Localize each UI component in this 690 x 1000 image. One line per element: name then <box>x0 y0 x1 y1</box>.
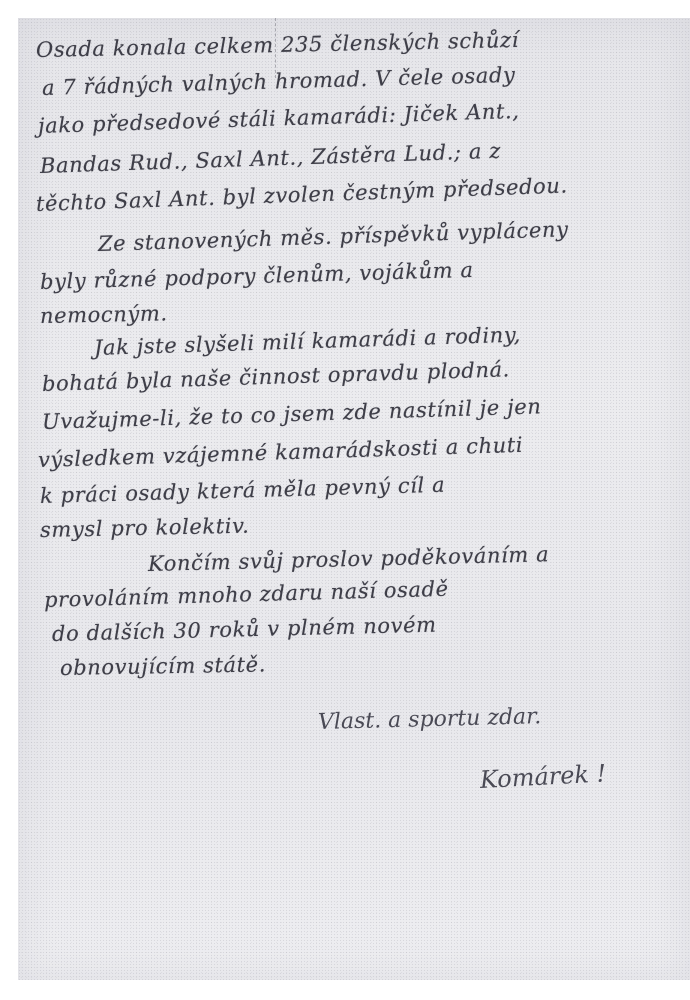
text-line: jako předsedové stáli kamarádi: Jiček An… <box>38 99 520 138</box>
text-line: Ze stanovených měs. příspěvků vypláceny <box>98 217 569 256</box>
scanned-page: Osada konala celkem 235 členských schůzí… <box>18 18 690 980</box>
text-line: Osada konala celkem 235 členských schůzí <box>36 28 519 62</box>
text-line: Bandas Rud., Saxl Ant., Zástěra Lud.; a … <box>40 139 502 178</box>
letter-body: Osada konala celkem 235 členských schůzí… <box>18 18 690 980</box>
text-line: do dalších 30 roků v plném novém <box>52 613 437 646</box>
text-line: smysl pro kolektiv. <box>40 514 250 542</box>
text-line: výsledkem vzájemné kamarádskosti a chuti <box>38 433 524 472</box>
text-line: Končím svůj proslov poděkováním a <box>148 542 550 576</box>
text-line: nemocným. <box>40 301 168 328</box>
text-line: k práci osady která měla pevný cíl a <box>40 473 446 508</box>
text-line: byly různé podpory členům, vojákům a <box>40 258 474 294</box>
text-line: těchto Saxl Ant. byl zvolen čestným před… <box>36 173 568 216</box>
text-line: provoláním mnoho zdaru naší osadě <box>44 577 449 612</box>
text-line: bohatá byla naše činnost opravdu plodná. <box>42 357 511 396</box>
text-line: Jak jste slyšeli milí kamarádi a rodiny, <box>94 323 522 360</box>
text-line: a 7 řádných valných hromad. V čele osady <box>42 63 516 100</box>
text-line: obnovujícím státě. <box>60 652 266 680</box>
text-line: Uvažujme-li, že to co jsem zde nastínil … <box>42 394 542 434</box>
